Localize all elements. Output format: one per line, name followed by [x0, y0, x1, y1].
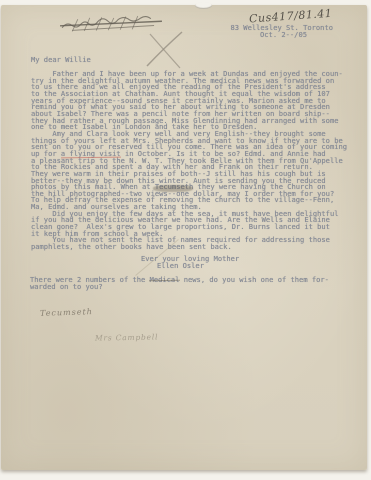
pencil-note-tecumseth: Tecumseth [40, 307, 93, 318]
salutation: My dear Willie [31, 57, 91, 64]
x-mark [142, 28, 186, 70]
letter-body: Father and I have been up for a week at … [31, 71, 347, 251]
signature: Ellen Osler [157, 263, 204, 270]
pencil-mark-tecumseth [153, 185, 193, 192]
letter-date: Oct. 2--/05 [260, 32, 307, 39]
paper-notch [195, 2, 212, 9]
letter-page: Cus417/81.41 83 Wellesley St. Toronto Oc… [1, 5, 367, 470]
pencil-note-name: Mrs Campbell [95, 332, 158, 342]
scan-background: Cus417/81.41 83 Wellesley St. Toronto Oc… [0, 0, 371, 480]
